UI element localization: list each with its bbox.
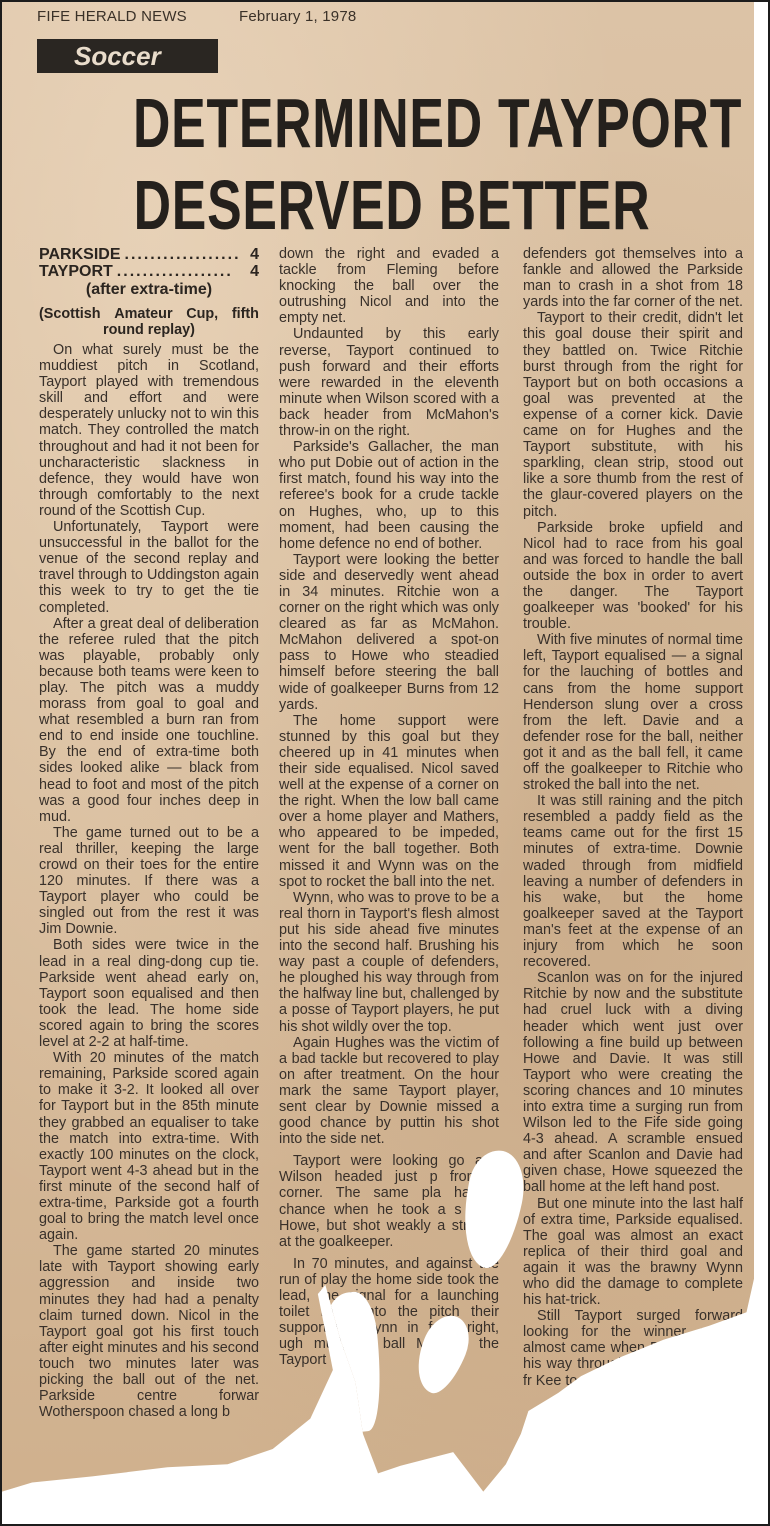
- publication-name: FIFE HERALD NEWS: [37, 8, 187, 25]
- article-paragraph: Again Hughes was the victim of a bad tac…: [279, 1035, 499, 1148]
- section-label: Soccer: [37, 39, 218, 73]
- result-note: (after extra-time): [39, 280, 259, 300]
- competition-round: round replay): [39, 322, 259, 338]
- article-paragraph: defenders got themselves into a fankle a…: [523, 246, 743, 310]
- article-paragraph: But one minute into the last half of ext…: [523, 1196, 743, 1309]
- competition-word: fifth: [232, 306, 259, 322]
- article-paragraph: Parkside's Gallacher, the man who put Do…: [279, 439, 499, 552]
- score-row-home: PARKSIDE .................. 4: [39, 246, 259, 263]
- score-row-away: TAYPORT .................. 4: [39, 263, 259, 280]
- article-paragraph: With five minutes of normal time left, T…: [523, 632, 743, 793]
- article-paragraph: down the right and evaded a tackle from …: [279, 246, 499, 326]
- headline-line-1: DETERMINED TAYPORT: [133, 82, 651, 164]
- article-column-1: PARKSIDE .................. 4 TAYPORT ..…: [39, 246, 259, 1420]
- article-paragraph: Undaunted by this early reverse, Tayport…: [279, 326, 499, 439]
- article-paragraph: Wynn, who was to prove to be a real thor…: [279, 890, 499, 1035]
- article-paragraph: Both sides were twice in the lead in a r…: [39, 937, 259, 1050]
- competition-info: (Scottish Amateur Cup, fifth round repla…: [39, 306, 259, 338]
- headline: DETERMINED TAYPORT DESERVED BETTER: [42, 82, 742, 246]
- article-paragraph: The home support were stunned by this go…: [279, 713, 499, 890]
- away-score: 4: [250, 263, 259, 280]
- competition-word: (Scottish: [39, 306, 101, 322]
- article-paragraph: With 20 minutes of the match remaining, …: [39, 1050, 259, 1243]
- article-paragraph: Scanlon was on for the injured Ritchie b…: [523, 970, 743, 1195]
- headline-line-2: DESERVED BETTER: [133, 164, 651, 246]
- competition-word: Amateur: [114, 306, 172, 322]
- publication-date: February 1, 1978: [239, 8, 356, 25]
- competition-word: Cup,: [186, 306, 218, 322]
- article-paragraph: It was still raining and the pitch resem…: [523, 793, 743, 970]
- home-score: 4: [250, 246, 259, 263]
- article-paragraph: On what surely must be the muddiest pitc…: [39, 342, 259, 519]
- article-paragraph: Parkside broke upfield and Nicol had to …: [523, 520, 743, 633]
- article-paragraph: The game started 20 minutes late with Ta…: [39, 1243, 259, 1420]
- away-team: TAYPORT: [39, 263, 113, 280]
- article-column-3: defenders got themselves into a fankle a…: [523, 246, 743, 1389]
- article-paragraph: Tayport to their credit, didn't let this…: [523, 310, 743, 519]
- article-paragraph: Tayport were looking the better side and…: [279, 552, 499, 713]
- masthead: FIFE HERALD NEWS February 1, 1978: [37, 8, 187, 25]
- home-team: PARKSIDE: [39, 246, 121, 263]
- article-paragraph: After a great deal of deliberation the r…: [39, 616, 259, 825]
- article-paragraph: The game turned out to be a real thrille…: [39, 825, 259, 938]
- article-paragraph: Unfortunately, Tayport were unsuccessful…: [39, 519, 259, 616]
- leader-dots: ..................: [117, 263, 246, 280]
- leader-dots: ..................: [125, 246, 247, 263]
- newspaper-clipping: FIFE HERALD NEWS February 1, 1978 Soccer…: [2, 2, 754, 1522]
